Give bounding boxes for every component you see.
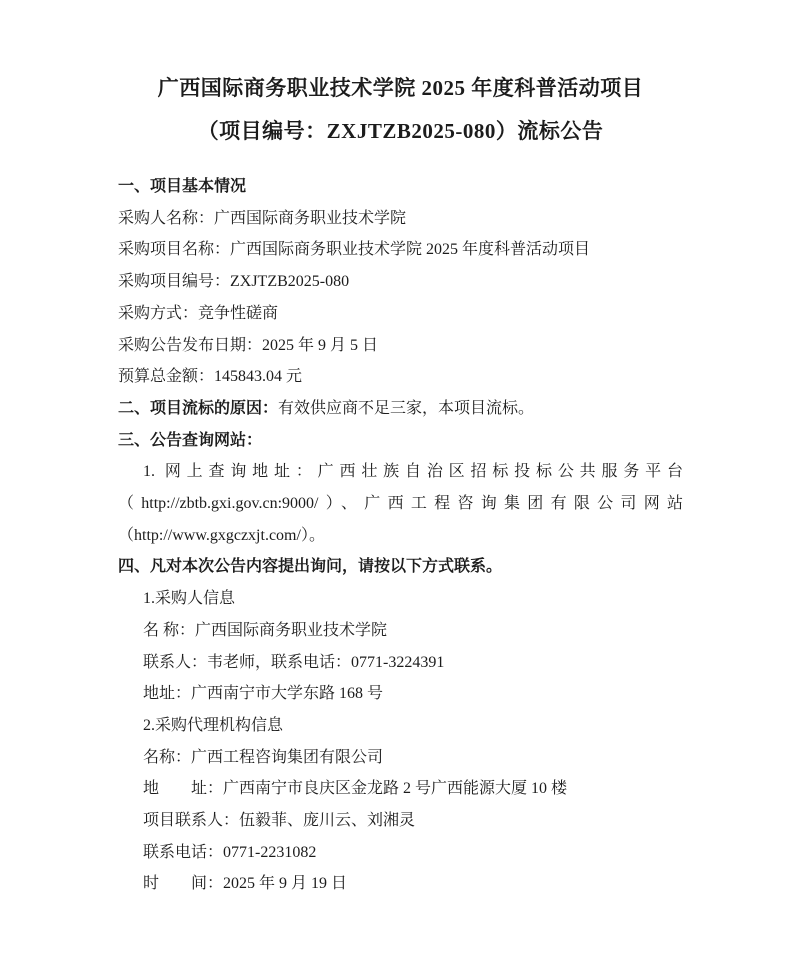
query-address-line-3: （http://www.gxgczxjt.com/）。 [118,520,683,552]
document-title-line-1: 广西国际商务职业技术学院 2025 年度科普活动项目 [118,67,683,110]
agency-info-name-line: 名称：广西工程咨询集团有限公司 [118,742,683,774]
agency-info-title: 2.采购代理机构信息 [118,710,683,742]
section-2-heading: 二、项目流标的原因： [118,400,278,417]
budget-amount-line: 预算总金额：145843.04 元 [118,361,683,393]
section-2-reason-text: 有效供应商不足三家，本项目流标。 [278,400,534,417]
project-number-line: 采购项目编号：ZXJTZB2025-080 [118,266,683,298]
section-4-heading: 四、凡对本次公告内容提出询问，请按以下方式联系。 [118,551,683,583]
procurement-method-line: 采购方式：竞争性磋商 [118,298,683,330]
document-page: 广西国际商务职业技术学院 2025 年度科普活动项目 （项目编号：ZXJTZB2… [0,0,800,969]
project-name-line: 采购项目名称：广西国际商务职业技术学院 2025 年度科普活动项目 [118,234,683,266]
query-address-line-1: 1. 网上查询地址：广西壮族自治区招标投标公共服务平台 [118,456,683,488]
buyer-name-line: 采购人名称：广西国际商务职业技术学院 [118,203,683,235]
agency-info-date-line: 时 间：2025 年 9 月 19 日 [118,868,683,900]
buyer-info-name-line: 名 称：广西国际商务职业技术学院 [118,615,683,647]
document-title-line-2: （项目编号：ZXJTZB2025-080）流标公告 [118,110,683,153]
buyer-info-contact-line: 联系人：韦老师，联系电话：0771-3224391 [118,647,683,679]
section-1-heading: 一、项目基本情况 [118,171,683,203]
buyer-info-address-line: 地址：广西南宁市大学东路 168 号 [118,678,683,710]
buyer-info-title: 1.采购人信息 [118,583,683,615]
query-address-line-2: （http://zbtb.gxi.gov.cn:9000/）、广西工程咨询集团有… [118,488,683,520]
agency-info-phone-line: 联系电话：0771-2231082 [118,837,683,869]
announcement-date-line: 采购公告发布日期：2025 年 9 月 5 日 [118,330,683,362]
agency-info-contacts-line: 项目联系人：伍毅菲、庞川云、刘湘灵 [118,805,683,837]
agency-info-address-line: 地 址：广西南宁市良庆区金龙路 2 号广西能源大厦 10 楼 [118,773,683,805]
section-2-line: 二、项目流标的原因：有效供应商不足三家，本项目流标。 [118,393,683,425]
section-3-heading: 三、公告查询网站： [118,425,683,457]
